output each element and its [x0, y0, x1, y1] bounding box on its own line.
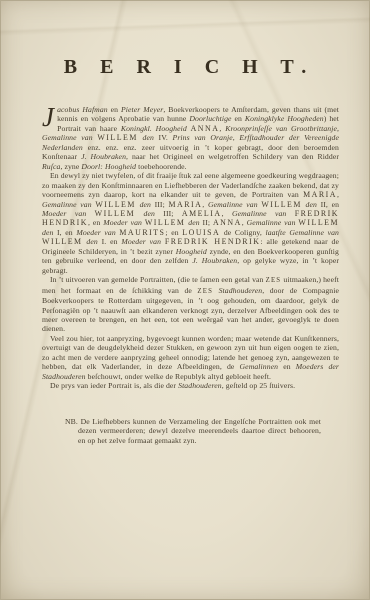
text-run: den	[86, 237, 97, 246]
text-run: Moeder van	[103, 218, 142, 227]
paragraph-format: In ’t uitvoeren van gemelde Portraitten,…	[42, 275, 339, 334]
document-title: B E R I C H T.	[0, 56, 370, 79]
text-run: acobus Hafman	[57, 105, 108, 114]
text-run: WILLEM	[95, 209, 136, 218]
text-run: en	[278, 362, 296, 371]
text-run: J. Houbraken	[81, 152, 126, 161]
text-run: Gemalinne van	[42, 133, 93, 142]
text-run: ANNA	[191, 124, 220, 133]
text-run: den	[188, 218, 199, 227]
text-run: WILLEM	[95, 200, 136, 209]
text-run	[86, 209, 94, 218]
text-run: Gemalinnen	[240, 362, 279, 371]
text-run: WILLEM	[261, 200, 302, 209]
text-run: MARIA	[303, 190, 337, 199]
paragraph-announcement: Jacobus Hafman en Pieter Meyer, Boekverk…	[42, 105, 339, 171]
text-run: , geſteld op 25 ſtuivers.	[222, 381, 295, 390]
text-run: Pieter Meyer	[121, 105, 163, 114]
text-run: III;	[151, 200, 169, 209]
text-run: ; en	[165, 228, 182, 237]
text-run: den	[143, 133, 154, 142]
text-run: MAURITS	[119, 228, 165, 237]
text-run: den	[42, 228, 53, 237]
text-run: ZES	[266, 277, 282, 284]
text-run: J. Houbraken	[192, 256, 237, 265]
text-run: Doorluchtige	[189, 114, 231, 123]
paragraph-price: De prys van ieder Portrait is, als die d…	[42, 381, 339, 390]
text-run: WILLEM	[145, 218, 186, 227]
text-run: Stadhouderen	[178, 381, 222, 390]
text-run: ,	[337, 124, 339, 133]
text-run: Gemalinne van	[232, 209, 286, 218]
text-run: En dewyl zy niet twyfelen, of dit fraaij…	[42, 171, 339, 199]
text-run: II;	[200, 218, 213, 227]
text-run: WILLEM	[42, 237, 83, 246]
text-run: beſchouwt, onder welke de Republyk altyd…	[86, 372, 271, 381]
text-run: Stadhouderen	[219, 286, 263, 295]
text-run: III;	[155, 209, 182, 218]
text-run: Gemalinne van	[42, 200, 92, 209]
text-run: WILLEM	[97, 133, 138, 142]
document-body: Jacobus Hafman en Pieter Meyer, Boekverk…	[42, 105, 339, 445]
text-run: Gemalinne van	[208, 200, 258, 209]
text-run: MARIA	[168, 200, 202, 209]
text-run: J	[42, 105, 57, 129]
text-run: ,	[222, 209, 232, 218]
text-run	[135, 209, 143, 218]
text-run: Koningklyke Hoogheden	[245, 114, 324, 123]
text-run: AMELIA	[182, 209, 222, 218]
text-run: ZES	[197, 288, 213, 295]
paragraph-portrait-series: En dewyl zy niet twyfelen, of dit fraaij…	[42, 171, 339, 275]
text-run: IV.	[154, 133, 173, 142]
text-run: laatſte Gemalinne van	[265, 228, 339, 237]
nb-note: NB. De Liefhebbers kunnen de Verzameling…	[65, 417, 321, 445]
text-run: Moeder van	[76, 228, 116, 237]
text-run: In ’t uitvoeren van gemelde Portraitten,…	[50, 275, 266, 284]
text-run: en	[232, 114, 245, 123]
text-run: de Coligny,	[220, 228, 265, 237]
text-run: Moeder van	[42, 209, 86, 218]
text-run: en	[108, 105, 121, 114]
text-run: I, en	[53, 228, 76, 237]
text-run: , en	[88, 218, 103, 227]
text-run: Kroonprinſeſſe van Grootbrittanje	[225, 124, 337, 133]
text-run: , naar het Origineel en welgetroffen Sch…	[126, 152, 339, 161]
text-run: FREDRIK HENDRIK	[165, 237, 261, 246]
scanned-page: B E R I C H T. Jacobus Hafman en Pieter …	[0, 0, 370, 600]
text-run: NB. De Liefhebbers kunnen de Verzameling…	[65, 417, 321, 445]
text-run: Ruſca	[42, 162, 60, 171]
text-run: ANNA	[213, 218, 242, 227]
text-run: Doorl: Hoogheid	[81, 162, 136, 171]
text-run: LOUISA	[182, 228, 220, 237]
text-run: De prys van ieder Portrait is, als die d…	[50, 381, 178, 390]
text-run: toebehoorende.	[136, 162, 187, 171]
text-run: Hoogheid	[176, 247, 207, 256]
text-run: den	[144, 209, 155, 218]
text-run: , zyne	[60, 162, 81, 171]
text-run: Gemalinne van	[247, 218, 296, 227]
text-run: II, en	[317, 200, 339, 209]
text-run: den	[306, 200, 317, 209]
text-run: ,	[337, 190, 339, 199]
text-run: WILLEM	[298, 218, 339, 227]
paragraph-recommendation: Veel zou hier, tot aanpryzing, bygevoegt…	[42, 334, 339, 381]
text-run: I. en	[98, 237, 122, 246]
text-run: den	[140, 200, 151, 209]
text-run: Koningkl. Hoogheid	[121, 124, 187, 133]
text-run	[286, 209, 294, 218]
text-run: Moeder van	[121, 237, 161, 246]
